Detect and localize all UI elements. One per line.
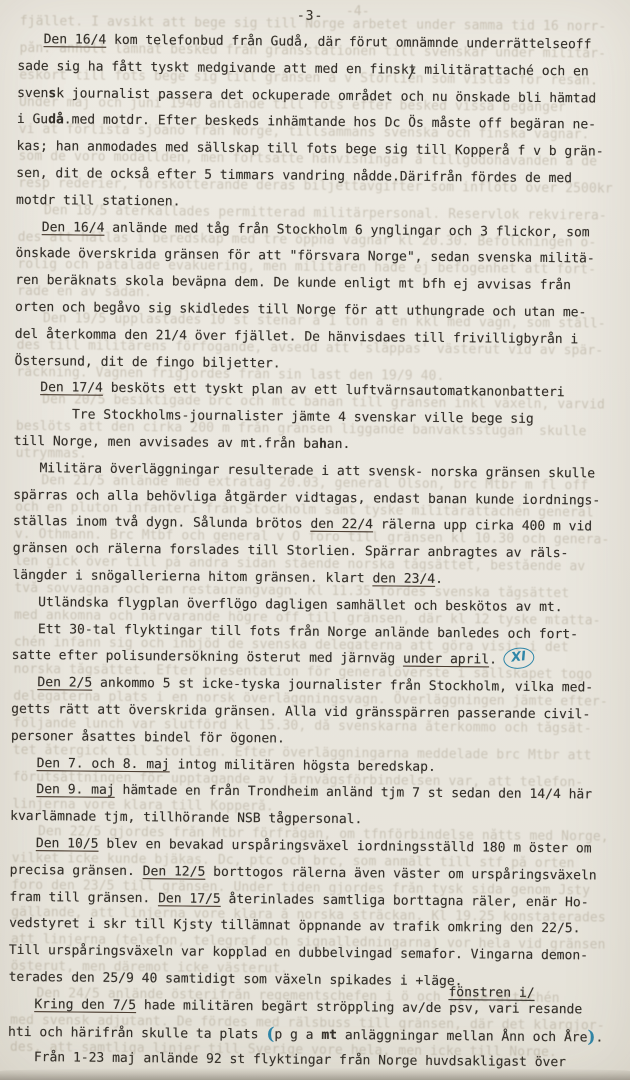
text-segment: .med motdr. Efter beskeds inhämtande hos… bbox=[64, 113, 596, 133]
text-segment: Den 17/5 bbox=[158, 891, 221, 907]
text-segment: den 23/4 bbox=[372, 571, 435, 587]
text-segment: sen, dit de också efter 5 timmars vandri… bbox=[16, 166, 572, 186]
text-segment: gränsen och rälerna forslades till Storl… bbox=[13, 541, 569, 561]
text-segment: militärattaché och en bbox=[416, 63, 588, 80]
text-segment: getts rätt att överskrida gränsen. Alla … bbox=[11, 702, 590, 723]
text-segment: borttogos rälerna även väster om urspåri… bbox=[205, 864, 596, 883]
text-segment: . bbox=[435, 572, 443, 587]
text-segment: anlände med tåg från Stockholm 6 yngling… bbox=[104, 220, 589, 240]
text-segment: an. bbox=[327, 437, 351, 452]
text-segment: till Norge, men avvisades av mt.från ba bbox=[14, 434, 319, 452]
text-segment: Kring den 7/5 bbox=[34, 997, 136, 1013]
text-segment: Den 16/4 bbox=[44, 32, 107, 48]
text-segment: Den 7. och 8. maj bbox=[37, 756, 170, 772]
text-segment: Till urspåringsväxeln var kopplad en dub… bbox=[9, 943, 588, 964]
text-segment: satte efter polisundersökning österut me… bbox=[12, 648, 403, 667]
text-segment: återinlades samtliga borttagna räler, en… bbox=[221, 891, 589, 910]
text-segment: terades den 25/9 40 samtidigt som växeln… bbox=[9, 970, 463, 989]
text-segment: sade sig ha fått tyskt medgivande att me… bbox=[17, 59, 408, 78]
text-segment: under april bbox=[403, 652, 489, 668]
text-segment: t bbox=[409, 62, 417, 77]
text-segment: önskade överskrida gränsen för att "förs… bbox=[15, 246, 594, 267]
text-segment: kom telefonbud från Gudå, där förut omnä… bbox=[106, 33, 591, 53]
text-segment: kvarlämnade tjm, tillhörande NSB tågpers… bbox=[10, 809, 362, 827]
text-segment: personer åsattes bindel för ögonen. bbox=[11, 729, 285, 747]
text-segment: Tre Stockholms-journalister jämte 4 sven… bbox=[72, 408, 534, 427]
blue-ink-paren: ( bbox=[266, 1022, 274, 1049]
text-segment: Ett 30-tal flyktingar till fots från Nor… bbox=[38, 622, 578, 642]
text-segment: p g a bbox=[274, 1028, 321, 1043]
annotation-circle: XI bbox=[503, 646, 536, 670]
text-segment: k journalist passera det ockuperade områ… bbox=[56, 86, 596, 106]
text-segment: Militära överläggningar resulterade i at… bbox=[39, 461, 595, 481]
text-segment: . bbox=[489, 653, 497, 668]
text-segment: kas; han anmodades med sällskap till fot… bbox=[17, 139, 604, 160]
text-segment: blev en bevakad urspåringsväxel iordning… bbox=[98, 837, 591, 857]
text-segment: Den 17/4 bbox=[40, 380, 103, 396]
text-segment: . bbox=[595, 1031, 603, 1046]
text-segment: sven bbox=[17, 85, 48, 100]
text-segment: Den 10/5 bbox=[36, 836, 99, 852]
text-segment: då bbox=[48, 113, 64, 128]
text-segment: i Gu bbox=[17, 112, 48, 127]
text-segment: vedstyret i skr till Kjsty tillämnat öpp… bbox=[9, 916, 580, 936]
text-segment: den 22/4 bbox=[310, 517, 373, 533]
text-segment: ställas inom två dygn. Sålunda brötos bbox=[13, 514, 311, 532]
text-segment: orten och begåvo sig skidledes till Norg… bbox=[15, 300, 586, 320]
text-segment: ankommo 5 st icke-tyska journalister frå… bbox=[92, 676, 593, 696]
text-segment: del återkomma den 21/4 över fjället. De … bbox=[15, 327, 579, 347]
text-segment: längder i snögallerierna hitom gränsen. … bbox=[12, 568, 372, 586]
text-segment: Den 2/5 bbox=[37, 675, 92, 691]
text-segment: spärras och alla behövliga åtgärder vidt… bbox=[13, 487, 600, 508]
text-segment: Den 16/4 bbox=[42, 220, 105, 236]
inserted-correction: fönstren i/ bbox=[448, 985, 534, 1001]
text-segment: rälerna upp cirka 400 m vid bbox=[373, 518, 592, 535]
scan-bottom-shadow bbox=[0, 1068, 630, 1080]
page-rotation-layer: -4-fjället. I avsikt att bege sig till N… bbox=[0, 0, 630, 1080]
blue-ink-paren: ) bbox=[587, 1025, 595, 1052]
body-text: Den 16/4 kom telefonbud från Gudå, där f… bbox=[8, 27, 624, 1078]
text-segment: mt bbox=[321, 1028, 337, 1043]
text-segment: intog militären högsta beredskap. bbox=[170, 757, 436, 775]
text-segment: hti och härifrån skulle ta plats bbox=[8, 1025, 266, 1042]
text-segment: Utländska flygplan överflögo dagligen sa… bbox=[38, 595, 563, 615]
text-segment: precisa gränsen. bbox=[10, 863, 143, 879]
text-segment: ren beräknats skola beväpna dem. De kund… bbox=[15, 273, 571, 293]
text-segment: Den 12/5 bbox=[143, 864, 206, 880]
text-segment: Den 9. maj bbox=[36, 782, 114, 798]
document-page: -4-fjället. I avsikt att bege sig till N… bbox=[0, 0, 630, 1080]
page-number: -3- bbox=[297, 9, 324, 24]
text-segment: besköts ett tyskt plan av ett luftvärnsa… bbox=[103, 381, 565, 400]
text-segment: Östersund, dit de fingo biljetter. bbox=[14, 353, 280, 371]
text-segment: h bbox=[319, 437, 327, 452]
text-segment: anläggningar mellan Ånn och Åre bbox=[337, 1028, 588, 1045]
text-segment: motdr till stationen. bbox=[16, 193, 181, 210]
text-segment: fram till gränsen. bbox=[9, 889, 158, 905]
text-segment: hämtade en från Trondheim anländ tjm 7 s… bbox=[115, 783, 593, 803]
